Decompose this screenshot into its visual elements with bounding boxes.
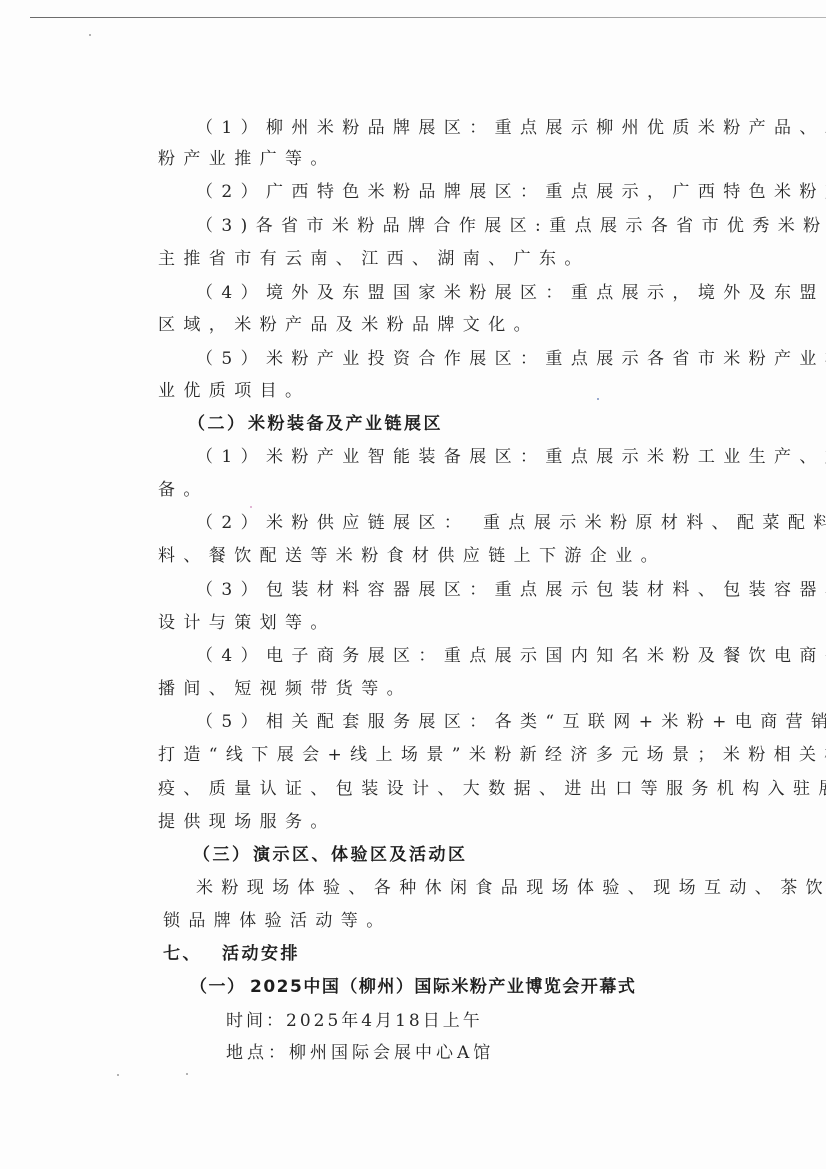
paragraph-line: （1）米粉产业智能装备展区：重点展示米粉工业生产、加工机械、包装设: [196, 445, 826, 469]
paragraph-line: （4）境外及东盟国家米粉展区：重点展示，境外及东盟国家“一带一路”: [196, 281, 826, 305]
event-location: 地点：柳州国际会展中心A馆: [226, 1041, 494, 1065]
paragraph-line: （3）包装材料容器展区：重点展示包装材料、包装容器、包装印刷、包装: [196, 578, 826, 602]
paragraph-line: （3)各省市米粉品牌合作展区:重点展示各省市优秀米粉产品及品牌文化，: [196, 214, 826, 238]
scan-speck: [186, 1073, 188, 1075]
section-title: 米粉装备及产业链展区: [248, 414, 443, 434]
chapter-number: 七、: [163, 942, 222, 966]
section-number: （三）: [193, 843, 253, 867]
document-page: （1）柳州米粉品牌展区：重点展示柳州优质米粉产品、螺蛳粉文化、螺蛳 粉产业推广等…: [0, 0, 826, 1169]
paragraph-line: （4）电子商务展区：重点展示国内知名米粉及餐饮电商平台、米粉产销直: [196, 644, 826, 668]
scan-speck: [89, 34, 91, 36]
paragraph-line: 主推省市有云南、江西、湖南、广东。: [158, 247, 590, 271]
section-heading: （三）演示区、体验区及活动区: [193, 843, 468, 867]
paragraph-line: 料、餐饮配送等米粉食材供应链上下游企业。: [158, 544, 666, 568]
paragraph-line: 锁品牌体验活动等。: [163, 909, 392, 933]
chapter-title: 活动安排: [222, 944, 300, 964]
paragraph-line: 备。: [158, 478, 209, 502]
subsection-title: 2025中国（柳州）国际米粉产业博览会开幕式: [250, 977, 636, 997]
paragraph-line: 业优质项目。: [158, 379, 310, 403]
section-heading: （二）米粉装备及产业链展区: [188, 412, 443, 436]
scan-top-rule: [30, 17, 826, 18]
subsection-number: （一）: [190, 975, 250, 999]
scan-speck: [117, 1074, 119, 1076]
scan-speck: [250, 506, 252, 508]
paragraph-line: （1）柳州米粉品牌展区：重点展示柳州优质米粉产品、螺蛳粉文化、螺蛳: [196, 116, 826, 140]
paragraph-line: （2）广西特色米粉品牌展区：重点展示，广西特色米粉产业及品牌文化。: [196, 180, 826, 204]
paragraph-line: （2）米粉供应链展区： 重点展示米粉原材料、配菜配料、调味品、食品辅: [196, 511, 826, 535]
chapter-heading: 七、活动安排: [163, 942, 300, 966]
section-number: （二）: [188, 412, 248, 436]
paragraph-line: 米粉现场体验、各种休闲食品现场体验、现场互动、茶饮体验活动、茶饮连: [196, 876, 826, 900]
scan-speck: [597, 398, 599, 400]
paragraph-line: 提供现场服务。: [158, 810, 336, 834]
paragraph-line: 打造“线下展会+线上场景”米粉新经济多元场景；米粉相关标准制定、检验检: [158, 743, 826, 767]
paragraph-line: 粉产业推广等。: [158, 147, 336, 171]
subsection-heading: （一）2025中国（柳州）国际米粉产业博览会开幕式: [190, 975, 636, 999]
section-title: 演示区、体验区及活动区: [253, 845, 468, 865]
paragraph-line: 播间、短视频带货等。: [158, 677, 412, 701]
event-time: 时间：2025年4月18日上午: [226, 1009, 483, 1033]
paragraph-line: 疫、质量认证、包装设计、大数据、进出口等服务机构入驻展示，并为参展企业: [158, 777, 826, 801]
paragraph-line: （5）相关配套服务展区：各类“互联网+米粉+电商营销”新平台、新模式，: [196, 710, 826, 734]
paragraph-line: 区域，米粉产品及米粉品牌文化。: [158, 313, 539, 337]
paragraph-line: 设计与策划等。: [158, 611, 336, 635]
paragraph-line: （5）米粉产业投资合作展区：重点展示各省市米粉产业相关园区及米粉产: [196, 347, 826, 371]
